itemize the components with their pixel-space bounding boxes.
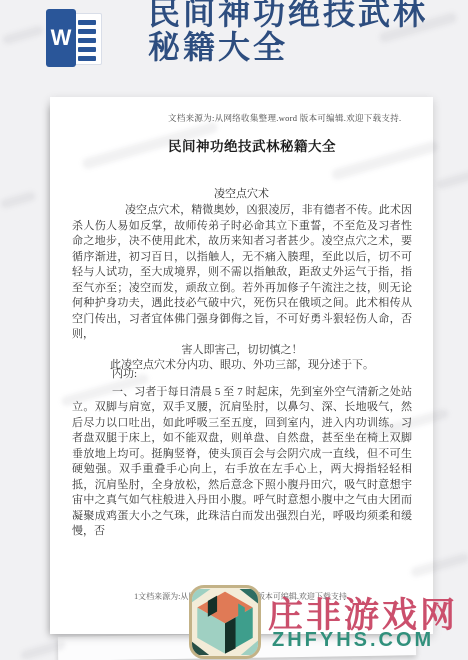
doc-section-heading: 凌空点穴术 [50,185,433,201]
document-page: 文档来源为:从网络收集整理.word 版本可编辑.欢迎下载支持. 民间神功绝技武… [50,97,433,634]
faint-watermark-smudge [0,190,37,210]
page-title-line2: 秘籍大全 [148,29,288,65]
site-watermark[interactable]: 庄非游戏网 ZHFYHS.COM [186,583,468,660]
word-icon: W [46,9,104,67]
doc-body-block-1: 凌空点穴术，精微奥妙，凶狠凌厉，非有德者不传。此术因杀人伤人易如反掌，故师传弟子… [72,203,412,374]
word-icon-letter: W [46,9,76,67]
faint-watermark-smudge [1,24,44,45]
page-title-line1: 民间神功绝技武林 [148,0,428,31]
doc-paragraph-1: 凌空点穴术，精微奥妙，凶狠凌厉，非有德者不传。此术因杀人伤人易如反掌，故师传弟子… [72,203,412,343]
doc-paragraph-2: 一、习者于每日清晨 5 至 7 时起床，先到室外空气清新之处站立。双脚与肩宽，双… [72,385,412,540]
cube-logo-icon [189,585,261,659]
doc-title: 民间神功绝技武林秘籍大全 [168,135,428,155]
watermark-site-url[interactable]: ZHFYHS.COM [272,629,468,652]
word-icon-page [73,13,102,65]
faint-watermark-smudge [435,170,468,191]
doc-paragraph-1-ending: 害人即害己，切切慎之！ [72,343,412,359]
doc-body-block-2: 内功: 一、习者于每日清晨 5 至 7 时起床，先到室外空气清新之处站立。双脚与… [72,367,412,540]
document-preview-screen: W 民间神功绝技武林秘籍大全 文档来源为:从网络收集整理.word 版本可编辑.… [0,0,468,660]
